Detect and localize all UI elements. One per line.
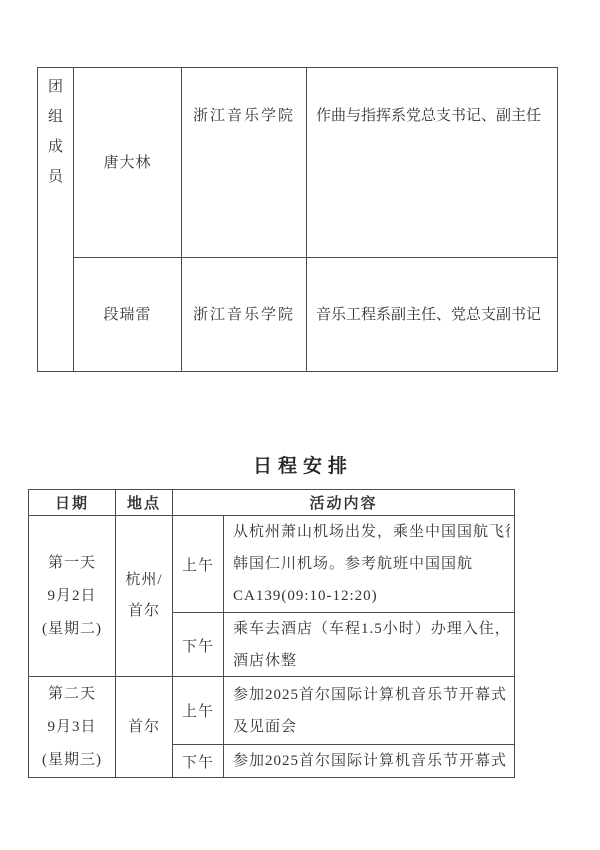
header-date: 日期 (29, 490, 116, 515)
content-line: 酒店休整 (233, 645, 510, 677)
header-location: 地点 (116, 490, 173, 515)
member-name: 段瑞雷 (74, 258, 182, 371)
schedule-day-row: 第一天 9月2日 (星期二) 杭州/ 首尔 上午 从杭州萧山机场出发，乘坐中国国… (29, 516, 514, 677)
session-row: 下午 参加2025首尔国际计算机音乐节开幕式 (173, 745, 514, 777)
group-char: 员 (48, 162, 63, 192)
day-sessions: 上午 参加2025首尔国际计算机音乐节开幕式 及见面会 下午 参加2025首尔国… (173, 677, 514, 777)
date-line: 第二天 (48, 678, 96, 711)
content-line: 参加2025首尔国际计算机音乐节开幕式 (233, 745, 510, 777)
members-rows: 唐大林 浙江音乐学院 作曲与指挥系党总支书记、副主任 段瑞雷 浙江音乐学院 音乐… (74, 68, 557, 371)
member-row: 唐大林 浙江音乐学院 作曲与指挥系党总支书记、副主任 (74, 68, 557, 258)
schedule-table: 日期 地点 活动内容 第一天 9月2日 (星期二) 杭州/ 首尔 上午 从杭州萧… (28, 489, 515, 778)
date-line: (星期三) (42, 744, 102, 777)
header-activity: 活动内容 (173, 490, 514, 515)
session-time: 上午 (173, 677, 224, 744)
members-group-label: 团 组 成 员 (38, 68, 74, 371)
session-row: 下午 乘车去酒店（车程1.5小时）办理入住， 酒店休整 (173, 613, 514, 677)
session-row: 上午 从杭州萧山机场出发，乘坐中国国航飞往 韩国仁川机场。参考航班中国国航 CA… (173, 516, 514, 613)
session-content: 参加2025首尔国际计算机音乐节开幕式 及见面会 (224, 677, 514, 744)
group-char: 团 (48, 72, 63, 102)
location-line: 杭州/ (125, 565, 162, 596)
session-content: 乘车去酒店（车程1.5小时）办理入住， 酒店休整 (224, 613, 514, 677)
member-institution: 浙江音乐学院 (182, 258, 307, 371)
day-sessions: 上午 从杭州萧山机场出发，乘坐中国国航飞往 韩国仁川机场。参考航班中国国航 CA… (173, 516, 514, 676)
day-date: 第二天 9月3日 (星期三) (29, 677, 116, 777)
session-content: 参加2025首尔国际计算机音乐节开幕式 (224, 745, 514, 777)
schedule-title: 日程安排 (0, 451, 600, 478)
session-content: 从杭州萧山机场出发，乘坐中国国航飞往 韩国仁川机场。参考航班中国国航 CA139… (224, 516, 514, 612)
member-title: 作曲与指挥系党总支书记、副主任 (307, 68, 557, 257)
content-line: 乘车去酒店（车程1.5小时）办理入住， (233, 613, 510, 645)
members-table: 团 组 成 员 唐大林 浙江音乐学院 作曲与指挥系党总支书记、副主任 段瑞雷 浙… (37, 67, 558, 372)
location-line: 首尔 (128, 712, 160, 743)
member-institution: 浙江音乐学院 (182, 68, 307, 257)
date-line: 第一天 (48, 547, 96, 580)
date-line: 9月3日 (47, 711, 96, 744)
location-line: 首尔 (128, 596, 160, 627)
document-page: 团 组 成 员 唐大林 浙江音乐学院 作曲与指挥系党总支书记、副主任 段瑞雷 浙… (0, 0, 600, 850)
session-row: 上午 参加2025首尔国际计算机音乐节开幕式 及见面会 (173, 677, 514, 745)
date-line: 9月2日 (47, 580, 96, 613)
content-line: CA139(09:10-12:20) (233, 580, 510, 612)
schedule-header-row: 日期 地点 活动内容 (29, 490, 514, 516)
day-location: 杭州/ 首尔 (116, 516, 173, 676)
day-location: 首尔 (116, 677, 173, 777)
group-char: 组 (48, 102, 63, 132)
member-name: 唐大林 (74, 68, 182, 257)
content-line: 及见面会 (233, 711, 510, 743)
date-line: (星期二) (42, 613, 102, 646)
session-time: 下午 (173, 613, 224, 677)
content-line: 从杭州萧山机场出发，乘坐中国国航飞往 (233, 516, 510, 548)
member-title: 音乐工程系副主任、党总支副书记 (307, 258, 557, 371)
schedule-day-row: 第二天 9月3日 (星期三) 首尔 上午 参加2025首尔国际计算机音乐节开幕式… (29, 677, 514, 777)
content-line: 参加2025首尔国际计算机音乐节开幕式 (233, 679, 510, 711)
session-time: 下午 (173, 745, 224, 777)
day-date: 第一天 9月2日 (星期二) (29, 516, 116, 676)
session-time: 上午 (173, 516, 224, 612)
member-row: 段瑞雷 浙江音乐学院 音乐工程系副主任、党总支副书记 (74, 258, 557, 371)
group-char: 成 (48, 132, 63, 162)
content-line: 韩国仁川机场。参考航班中国国航 (233, 548, 510, 580)
